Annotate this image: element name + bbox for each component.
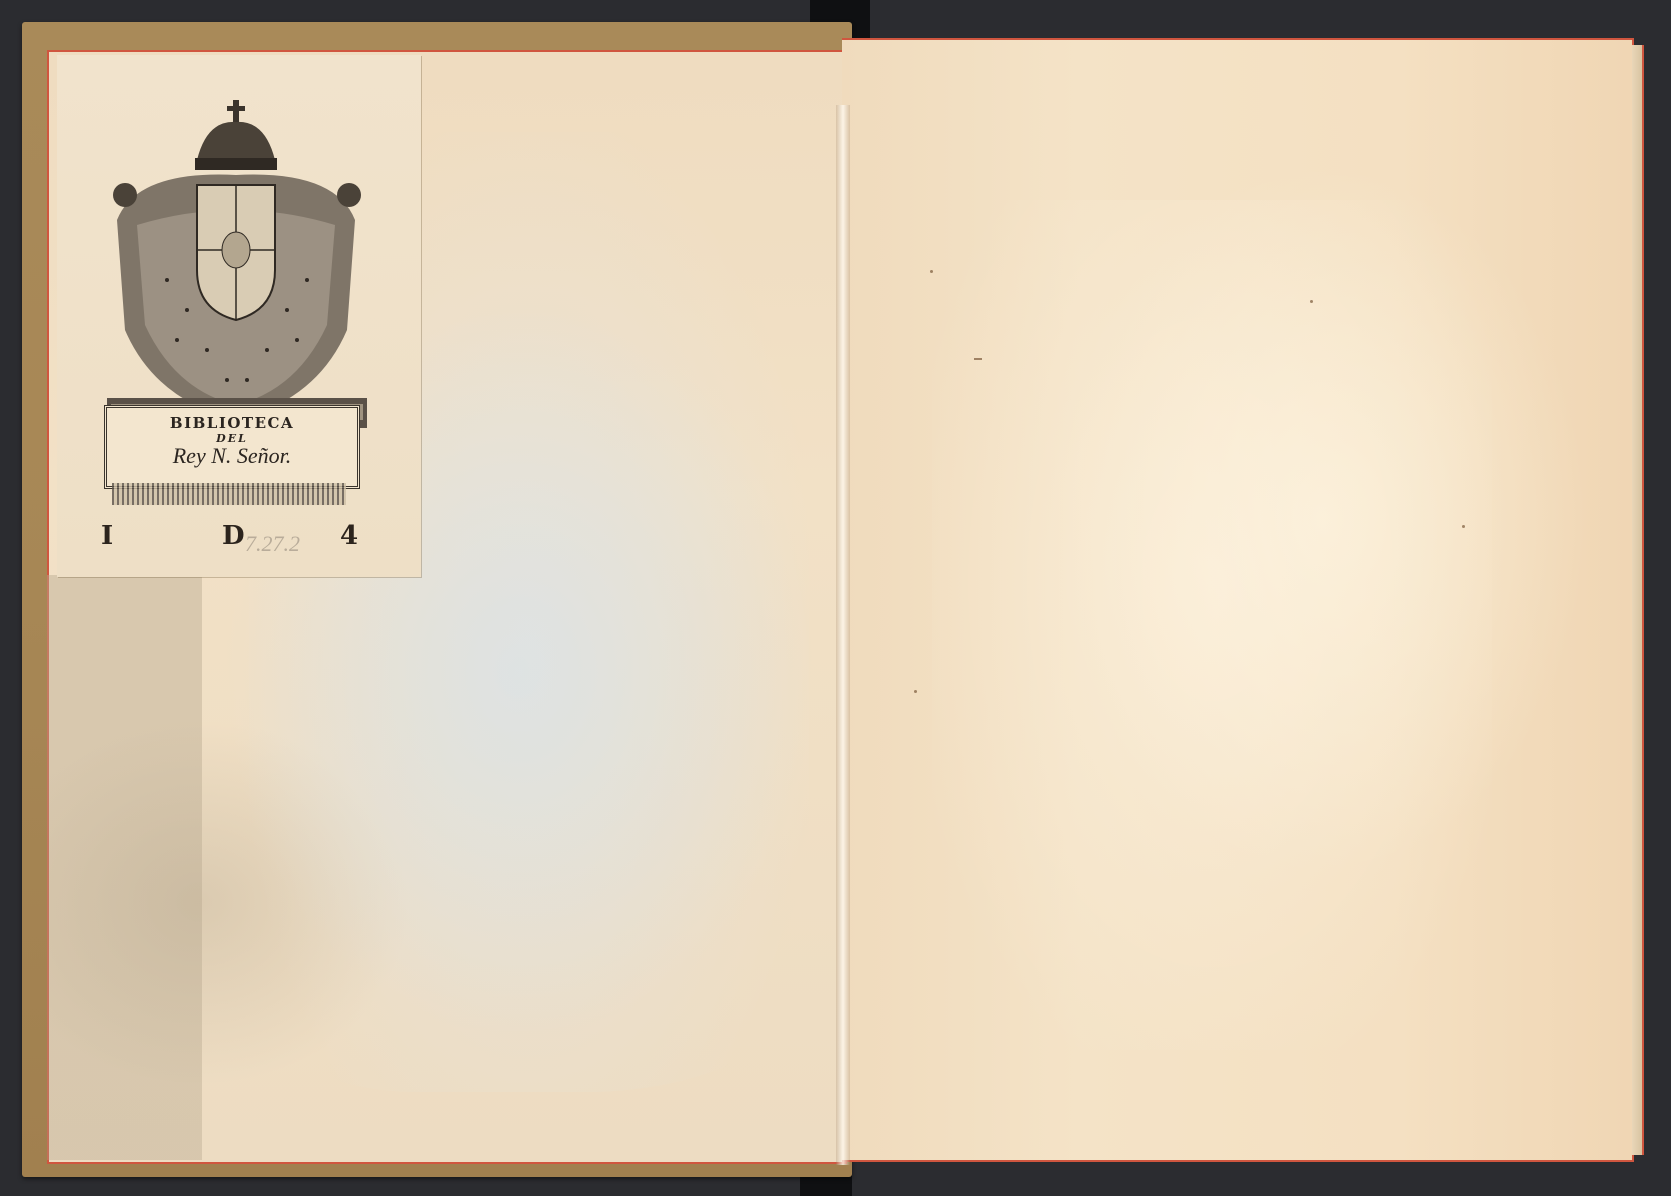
ex-libris-bookplate: BIBLIOTECA DEL Rey N. Señor. I D 4 7.27.… <box>57 55 421 577</box>
royal-coat-of-arms-icon <box>97 100 377 430</box>
open-book: BIBLIOTECA DEL Rey N. Señor. I D 4 7.27.… <box>0 0 1671 1196</box>
pencil-shelf-note: 7.27.2 <box>245 531 300 557</box>
bookplate-base <box>112 483 346 505</box>
gutter-fold <box>836 105 850 1165</box>
right-flyleaf-page <box>842 38 1634 1162</box>
bookplate-label: BIBLIOTECA DEL Rey N. Señor. <box>104 405 360 489</box>
flyleaf-stain <box>932 200 1492 1050</box>
left-paper-strip <box>47 575 202 1160</box>
shelfmark-1: I <box>101 521 113 551</box>
shelfmark-2: D <box>222 521 245 551</box>
bookplate-line1: BIBLIOTECA <box>107 414 357 432</box>
shelfmark-3: 4 <box>340 521 358 551</box>
page-fore-edge <box>1632 45 1644 1155</box>
bookplate-line3: Rey N. Señor. <box>107 443 357 469</box>
